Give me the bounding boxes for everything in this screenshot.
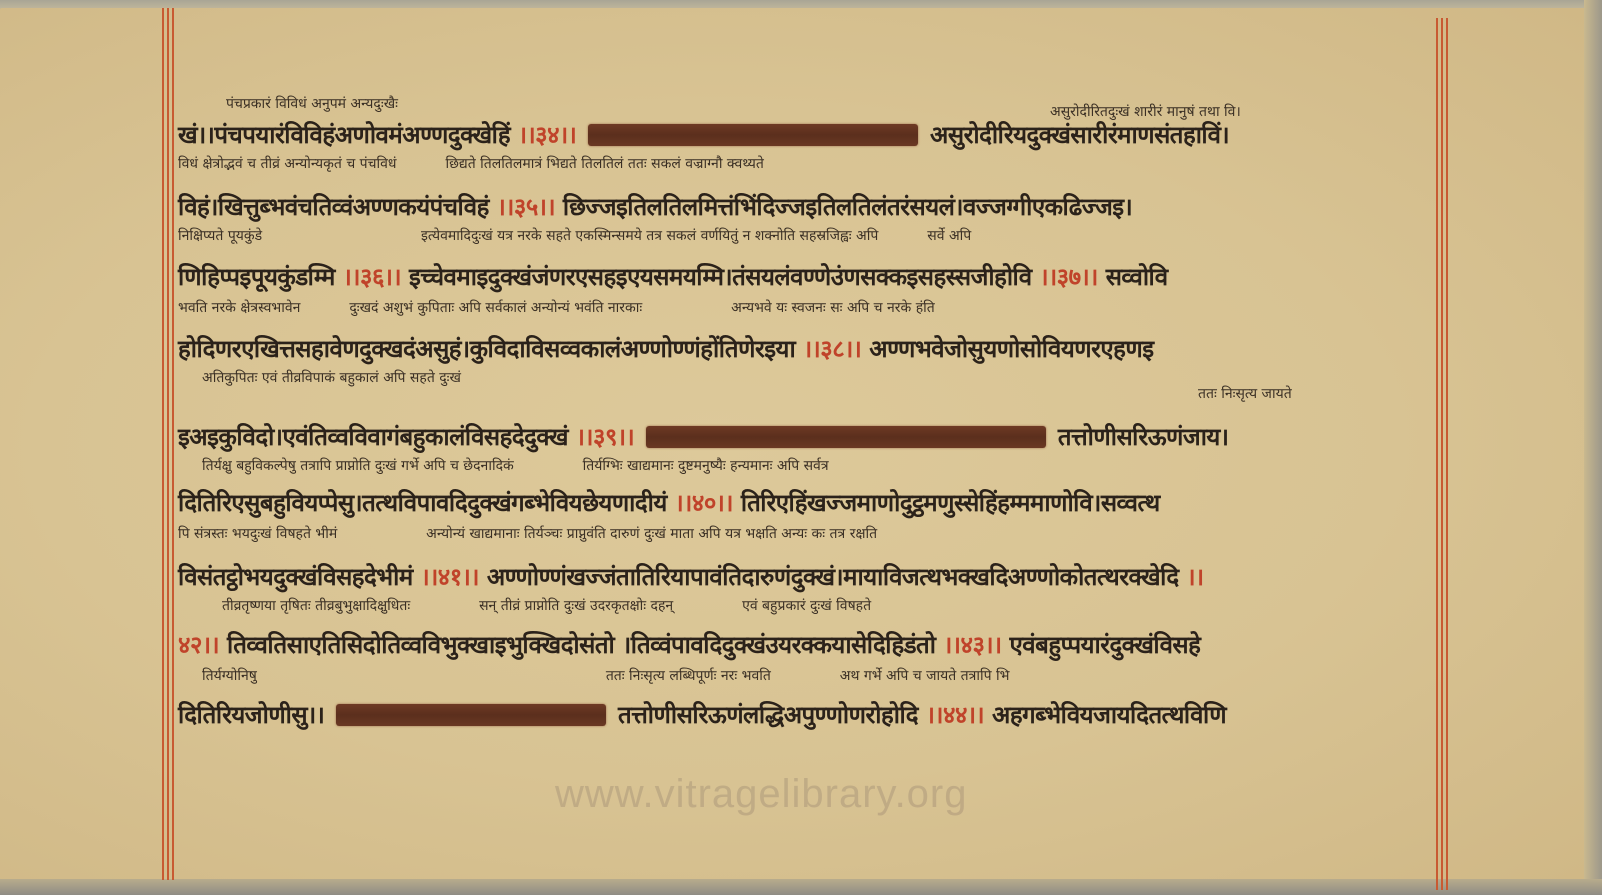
verse-text: तिरिएहिंखज्जमाणोदुट्ठमणुस्सेहिंहम्ममाणोव… (741, 485, 1160, 521)
gloss-text: ततः निःसृत्य लब्धिपूर्णः नरः भवति (606, 666, 771, 686)
verse-text: सव्वोवि (1106, 259, 1168, 295)
verse-number: ।।३६।। (343, 259, 401, 295)
text-block: पंचप्रकारं विविधं अनुपमं अन्यदुःखैः असुर… (178, 88, 1418, 768)
gloss-text: सर्वे अपि (927, 226, 971, 246)
verse-text: एवंबहुप्पयारंदुक्खंविसहे (1010, 627, 1201, 663)
verse-text: इच्चेवमाइदुक्खंजंणरएसहइएयसमयम्मि।तंसयलंव… (409, 259, 1032, 295)
verse-line: दितिरियजोणीसु।। तत्तोणीसरिऊणंलद्धिअपुण्ण… (178, 696, 1226, 732)
verse-number: ।।३५।। (497, 189, 555, 225)
verse-line: ४२।। तिव्वतिसाएतिसिदोतिव्वविभुक्खाइभुक्ख… (178, 626, 1200, 662)
gloss-line: तिर्यक्षु बहुविकल्पेषु तत्रापि प्राप्नोत… (202, 456, 829, 476)
gloss-text: भवति नरके क्षेत्रस्वभावेन (178, 298, 300, 318)
scan-right-edge (1584, 0, 1602, 895)
verse-text: तिव्वतिसाएतिसिदोतिव्वविभुक्खाइभुक्खिदोसं… (227, 627, 614, 663)
gloss-text: दुःखदं अशुभं कुपिताः अपि सर्वकालं अन्योन… (349, 298, 642, 318)
verse-line: णिहिप्पइपूयकुंडम्मि ।।३६।। इच्चेवमाइदुक्… (178, 258, 1168, 294)
left-border-rule (162, 8, 164, 880)
gloss-line: पंचप्रकारं विविधं अनुपमं अन्यदुःखैः (226, 94, 398, 114)
gloss-text: अन्योन्यं खाद्यमानाः तिर्यञ्चः प्राप्नुव… (426, 524, 877, 544)
gloss-text: अतिकुपितः एवं तीव्रविपाकं बहुकालं अपि सह… (202, 368, 461, 388)
verse-text: णिहिप्पइपूयकुंडम्मि (178, 259, 335, 295)
gloss-line: तिर्यग्योनिषु ततः निःसृत्य लब्धिपूर्णः न… (202, 666, 1010, 686)
verse-text: तत्तोणीसरिऊणंलद्धिअपुण्णोणरोहोदि (618, 697, 918, 733)
verse-number: ।।४४।। (926, 697, 984, 733)
verse-text: ।तिव्वंपावदिदुक्खंउयरक्कयासेदिहिडंतो (622, 627, 935, 663)
gloss-text: तिर्यक्षु बहुविकल्पेषु तत्रापि प्राप्नोत… (202, 456, 514, 476)
verse-text: अण्णोण्णंखज्जंतातिरियापावंतिदारुणंदुक्खं… (487, 559, 1179, 595)
gloss-text: विधं क्षेत्रोद्भवं च तीव्रं अन्योन्यकृतं… (178, 154, 397, 174)
verse-line: विसंतट्ठोभयदुक्खंविसहदेभीमं ।।४१।। अण्णो… (178, 558, 1204, 594)
verse-line: दितिरिएसुबहुवियप्पेसु।तत्थविपावदिदुक्खंग… (178, 484, 1160, 520)
verse-number: ।।४०।। (675, 485, 733, 521)
gloss-text: तिर्यग्भिः खाद्यमानः दुष्टमनुष्यैः हन्यम… (583, 456, 829, 476)
gloss-line: पि संत्रस्तः भयदुःखं विषहते भीमं अन्योन्… (178, 524, 877, 544)
right-border-rule (1441, 18, 1443, 890)
gloss-line: भवति नरके क्षेत्रस्वभावेन दुःखदं अशुभं क… (178, 298, 935, 318)
verse-line: होदिणरएखित्तसहावेणदुक्खदंअसुहं।कुविदाविस… (178, 330, 1154, 366)
verse-text: विसंतट्ठोभयदुक्खंविसहदेभीमं (178, 559, 413, 595)
verse-text: होदिणरएखित्तसहावेणदुक्खदंअसुहं।कुविदाविस… (178, 331, 795, 367)
gloss-text: एवं बहुप्रकारं दुःखं विषहते (742, 596, 871, 616)
right-border-rule (1446, 18, 1448, 890)
gloss-line: निक्षिप्यते पूयकुंडे इत्येवमादिदुःखं यत्… (178, 226, 971, 246)
verse-number: ।।३९।। (576, 419, 634, 455)
gloss-text: अन्यभवे यः स्वजनः सः अपि च नरके हंति (731, 298, 935, 318)
verse-text: दितिरियजोणीसु।। (178, 697, 324, 733)
deletion-strike (336, 704, 606, 726)
verse-line: विहं।खित्तुब्भवंचतिव्वंअण्णकयंपंचविहं ।।… (178, 188, 1132, 224)
gloss-text: तिर्यग्योनिषु (202, 666, 257, 686)
gloss-text: निक्षिप्यते पूयकुंडे (178, 226, 262, 246)
verse-number: ।।४३।। (943, 627, 1001, 663)
left-border-rule (172, 8, 174, 880)
scan-bottom-edge (0, 879, 1602, 895)
gloss-text: इत्येवमादिदुःखं यत्र नरके सहते एकस्मिन्स… (421, 226, 878, 246)
verse-text: खं।।पंचपयारंविविहंअणोवमंअण्णदुक्खेहिं (178, 117, 510, 153)
gloss-line: ततः निःसृत्य जायते (1198, 384, 1292, 404)
gloss-text: ततः निःसृत्य जायते (1198, 384, 1292, 404)
gloss-line: विधं क्षेत्रोद्भवं च तीव्रं अन्योन्यकृतं… (178, 154, 764, 174)
verse-text: अहगब्भेवियजायदितत्थविणि (992, 697, 1226, 733)
verse-text: इअइकुविदो।एवंतिव्वविवागंबहुकालंविसहदेदुक… (178, 419, 568, 455)
verse-number: ।।३४।। (518, 117, 576, 153)
deletion-strike (646, 426, 1046, 448)
gloss-text: पि संत्रस्तः भयदुःखं विषहते भीमं (178, 524, 337, 544)
verse-text: छिज्जइतिलतिलमित्तंभिंदिज्जइतिलतिलंतरंसयल… (563, 189, 1132, 225)
verse-text: दितिरिएसुबहुवियप्पेसु।तत्थविपावदिदुक्खंग… (178, 485, 667, 521)
verse-text: अण्णभवेजोसुयणोसोवियणरएहणइ (869, 331, 1153, 367)
watermark: www.vitragelibrary.org (555, 772, 968, 817)
verse-text: असुरोदीरियदुक्खंसारीरंमाणसंतहाविं। (930, 117, 1229, 153)
gloss-text: तीव्रतृष्णया तृषितः तीव्रबुभुक्षादिक्षुध… (222, 596, 410, 616)
gloss-line: अतिकुपितः एवं तीव्रविपाकं बहुकालं अपि सह… (202, 368, 461, 388)
gloss-text: सन् तीव्रं प्राप्नोति दुःखं उदरकृतक्षोः … (479, 596, 673, 616)
gloss-text: पंचप्रकारं विविधं अनुपमं अन्यदुःखैः (226, 94, 398, 114)
left-border-rule (167, 8, 169, 880)
verse-number: ।।४१।। (421, 559, 479, 595)
gloss-text: छिद्यते तिलतिलमात्रं भिद्यते तिलतिलं ततः… (445, 154, 763, 174)
verse-number: ।।३७।। (1039, 259, 1097, 295)
right-border-rule (1436, 18, 1438, 890)
gloss-text: अथ गर्भे अपि च जायते तत्रापि भि (840, 666, 1010, 686)
gloss-line: तीव्रतृष्णया तृषितः तीव्रबुभुक्षादिक्षुध… (222, 596, 871, 616)
deletion-strike (588, 124, 918, 146)
verse-number: ।।३८।। (803, 331, 861, 367)
verse-text: तत्तोणीसरिऊणंजाय। (1058, 419, 1229, 455)
verse-number: ४२।। (178, 627, 219, 663)
verse-line: इअइकुविदो।एवंतिव्वविवागंबहुकालंविसहदेदुक… (178, 418, 1228, 454)
verse-line: खं।।पंचपयारंविविहंअणोवमंअण्णदुक्खेहिं ।।… (178, 116, 1229, 152)
verse-text: विहं।खित्तुब्भवंचतिव्वंअण्णकयंपंचविहं (178, 189, 489, 225)
verse-number: ।। (1186, 559, 1203, 595)
